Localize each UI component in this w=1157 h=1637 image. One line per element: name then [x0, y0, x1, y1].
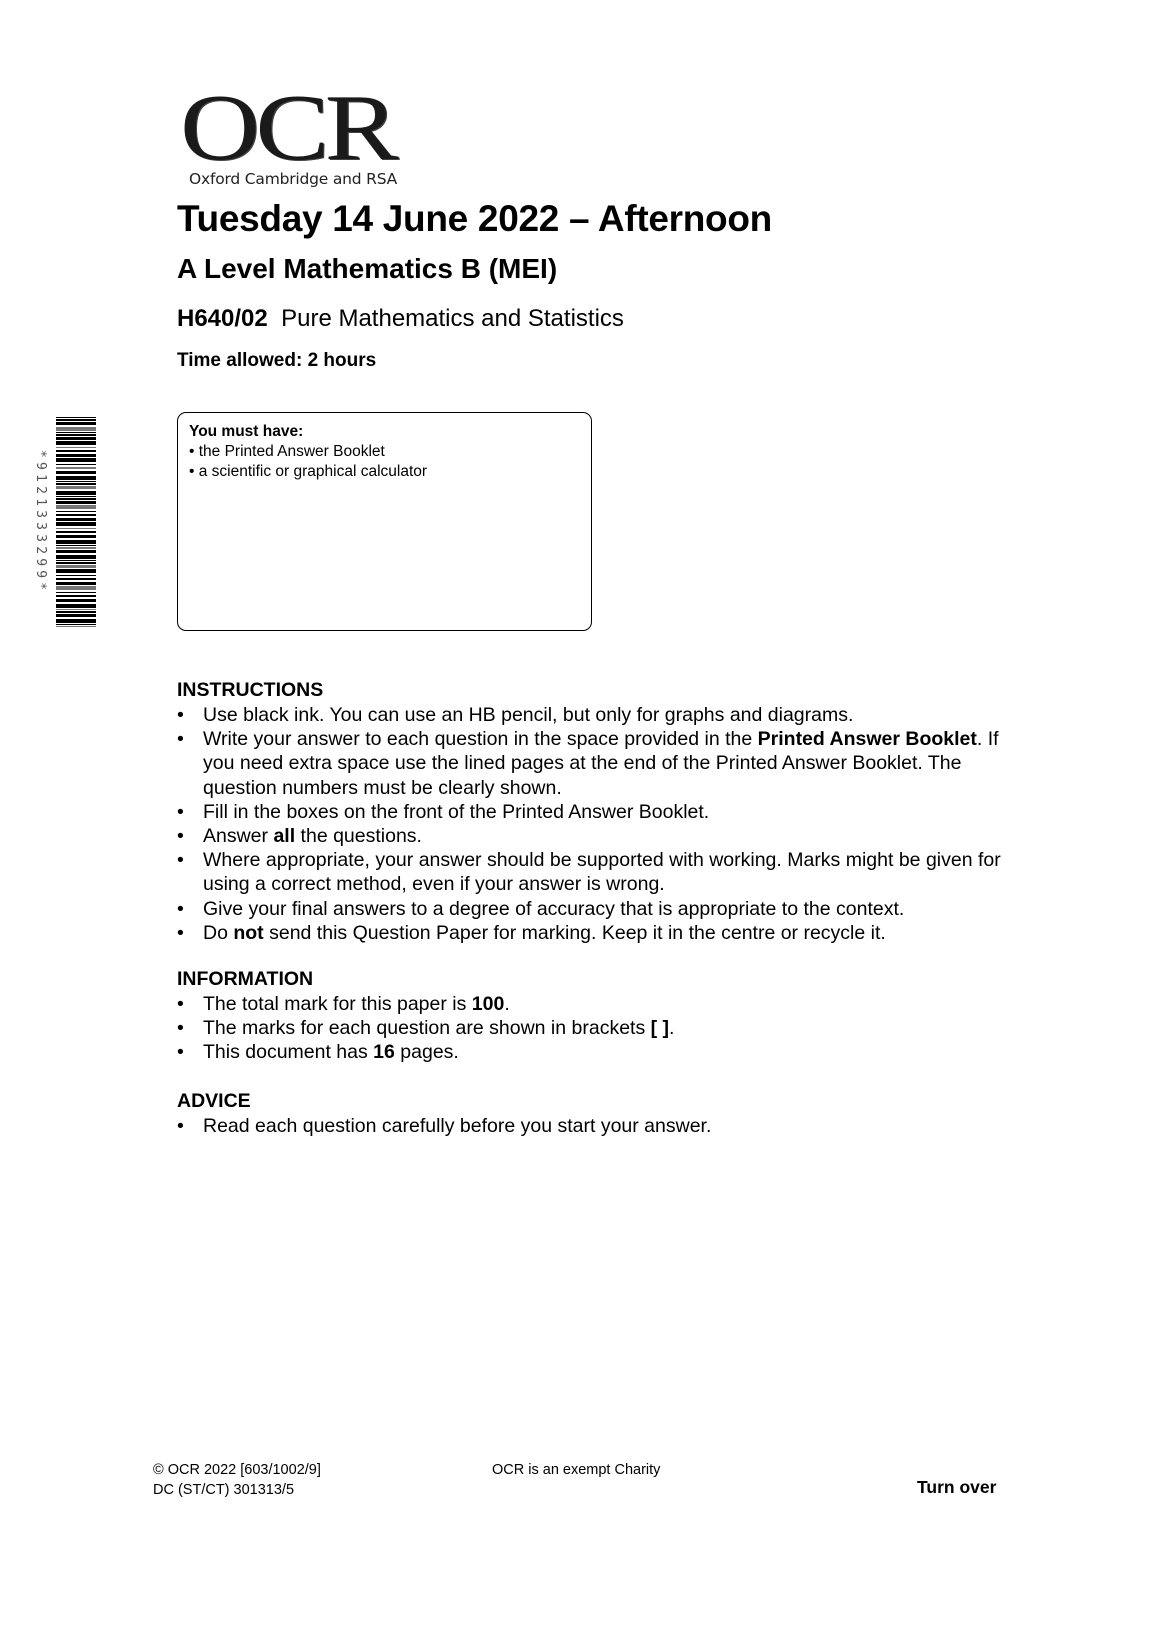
list-item: Where appropriate, your answer should be…	[177, 848, 1007, 896]
charity-text: OCR is an exempt Charity	[492, 1460, 660, 1480]
information-list: The total mark for this paper is 100.The…	[177, 992, 1007, 1065]
time-allowed: Time allowed: 2 hours	[177, 350, 376, 372]
ocr-logo: OCR Oxford Cambridge and RSA	[180, 88, 410, 188]
paper-name: Pure Mathematics and Statistics	[281, 305, 624, 332]
list-item: The marks for each question are shown in…	[177, 1016, 1007, 1040]
must-have-list: the Printed Answer Bookleta scientific o…	[189, 442, 580, 482]
list-item: Read each question carefully before you …	[177, 1114, 1007, 1138]
exam-date-title: Tuesday 14 June 2022 – Afternoon	[177, 198, 772, 240]
qualification-title: A Level Mathematics B (MEI)	[177, 253, 557, 285]
instructions-section: INSTRUCTIONS Use black ink. You can use …	[177, 678, 1007, 945]
must-have-item: a scientific or graphical calculator	[189, 462, 580, 482]
advice-list: Read each question carefully before you …	[177, 1114, 1007, 1138]
instructions-list: Use black ink. You can use an HB pencil,…	[177, 703, 1007, 945]
must-have-box: You must have: the Printed Answer Bookle…	[177, 412, 592, 631]
reference-code: DC (ST/CT) 301313/5	[153, 1480, 321, 1500]
advice-section: ADVICE Read each question carefully befo…	[177, 1089, 1007, 1138]
list-item: The total mark for this paper is 100.	[177, 992, 1007, 1016]
list-item: Do not send this Question Paper for mark…	[177, 921, 1007, 945]
list-item: Write your answer to each question in th…	[177, 727, 1007, 800]
must-have-item: the Printed Answer Booklet	[189, 442, 580, 462]
information-heading: INFORMATION	[177, 967, 1007, 992]
barcode-digits: *9121333299*	[34, 415, 48, 630]
list-item: Give your final answers to a degree of a…	[177, 897, 1007, 921]
list-item: Use black ink. You can use an HB pencil,…	[177, 703, 1007, 727]
advice-heading: ADVICE	[177, 1089, 1007, 1114]
copyright-text: © OCR 2022 [603/1002/9]	[153, 1460, 321, 1480]
list-item: Answer all the questions.	[177, 824, 1007, 848]
paper-code-line: H640/02 Pure Mathematics and Statistics	[177, 305, 624, 333]
logo-mark: OCR	[180, 88, 451, 168]
information-section: INFORMATION The total mark for this pape…	[177, 967, 1007, 1065]
list-item: This document has 16 pages.	[177, 1040, 1007, 1064]
barcode-bars-icon	[56, 417, 96, 627]
paper-code: H640/02	[177, 305, 268, 332]
list-item: Fill in the boxes on the front of the Pr…	[177, 800, 1007, 824]
footer-left: © OCR 2022 [603/1002/9] DC (ST/CT) 30131…	[153, 1460, 321, 1500]
must-have-heading: You must have:	[189, 422, 580, 442]
barcode: *9121333299*	[34, 415, 94, 630]
turn-over-text: Turn over	[917, 1477, 996, 1498]
instructions-heading: INSTRUCTIONS	[177, 678, 1007, 703]
